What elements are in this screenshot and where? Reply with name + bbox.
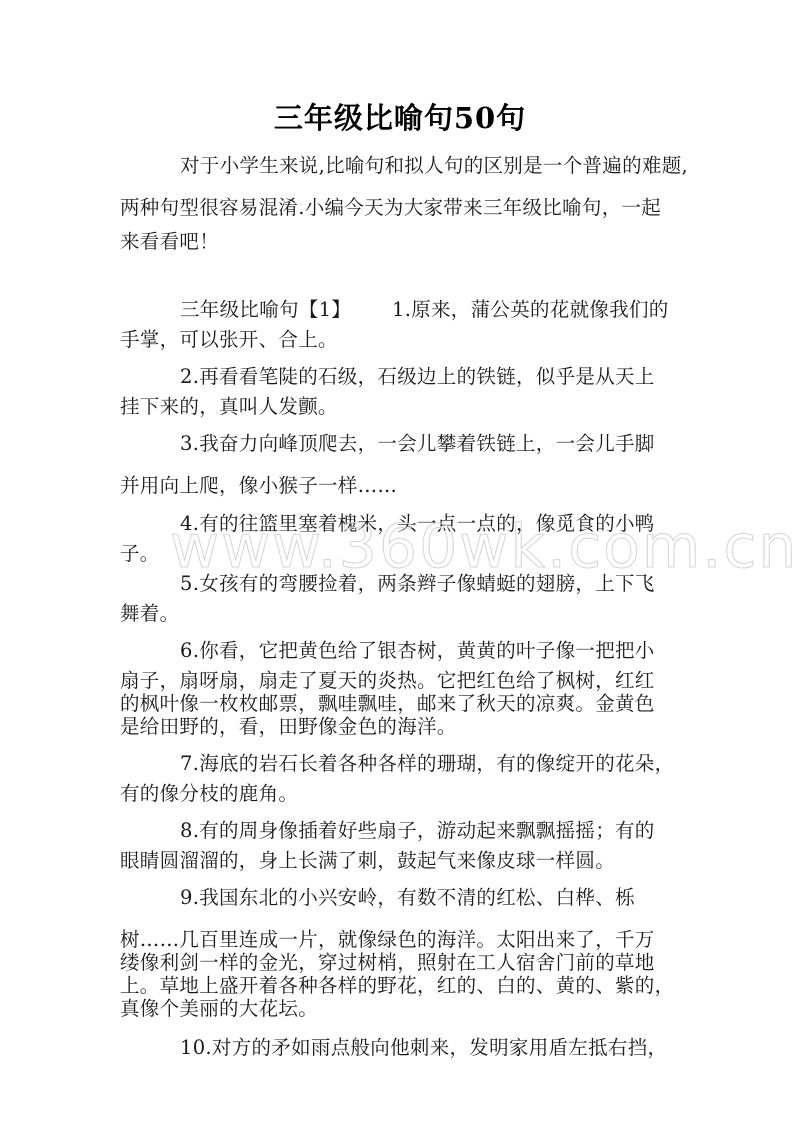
document-page: 三年级比喻句50句 对于小学生来说,比喻句和拟人句的区别是一个普遍的难题, 两种…	[0, 0, 800, 1132]
sentence-line: 6.你看，它把黄色给了银杏树，黄黄的叶子像一把把小	[180, 635, 655, 663]
sentence-line: 5.女孩有的弯腰捡着，两条辫子像蜻蜓的翅膀，上下飞	[180, 568, 655, 596]
sentence-line: 舞着。	[120, 598, 179, 626]
sentence-line: 8.有的周身像插着好些扇子，游动起来飘飘摇摇；有的	[180, 815, 655, 843]
sentence-line: 2.再看看笔陡的石级，石级边上的铁链，似乎是从天上	[180, 361, 655, 389]
sentence-line: 7.海底的岩石长着各种各样的珊瑚，有的像绽开的花朵，	[180, 748, 674, 776]
sentence-line: 1.原来，蒲公英的花就像我们的	[392, 294, 669, 322]
sentence-line: 挂下来的，真叫人发颤。	[120, 391, 338, 419]
intro-line: 来看看吧！	[120, 226, 219, 254]
sentence-line: 眼睛圆溜溜的，身上长满了刺，鼓起气来像皮球一样圆。	[120, 845, 615, 873]
sentence-line: 手掌，可以张开、合上。	[120, 324, 338, 352]
sentence-line: 真像个美丽的大花坛。	[120, 993, 318, 1021]
sentence-line: 并用向上爬，像小猴子一样……	[120, 470, 397, 498]
sentence-line: 是给田野的，看，田野像金色的海洋。	[120, 711, 457, 739]
sentence-line: 4.有的往篮里塞着槐米，头一点一点的，像觅食的小鸭	[180, 508, 655, 536]
intro-line: 对于小学生来说,比喻句和拟人句的区别是一个普遍的难题,	[180, 150, 688, 178]
sentence-line: 3.我奋力向峰顶爬去，一会儿攀着铁链上，一会儿手脚	[180, 428, 655, 456]
intro-line: 两种句型很容易混淆.小编今天为大家带来三年级比喻句，一起	[120, 192, 661, 220]
sentence-line: 10.对方的矛如雨点般向他刺来，发明家用盾左抵右挡，	[180, 1032, 667, 1060]
sentence-line: 子。	[120, 538, 160, 566]
section-heading: 三年级比喻句【1】	[180, 294, 351, 322]
document-title: 三年级比喻句50句	[0, 96, 800, 137]
sentence-line: 有的像分枝的鹿角。	[120, 778, 298, 806]
sentence-line: 9.我国东北的小兴安岭，有数不清的红松、白桦、栎	[180, 882, 635, 910]
